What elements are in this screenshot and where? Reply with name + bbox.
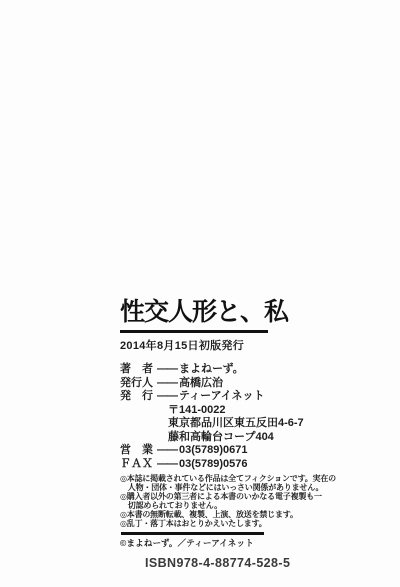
fax-label: ＦＡＸ [120, 458, 157, 472]
title-divider [120, 330, 268, 333]
sales-dash: —— [157, 444, 177, 458]
contact-info: 営 業 —— 03(5789)0671 ＦＡＸ —— 03(5789)0576 [120, 444, 370, 471]
colophon-block: 性交人形と、私 2014年8月15日初版発行 著 者 —— まよねーず。 発行人… [120, 297, 370, 570]
issuer-label: 発行人 [120, 377, 157, 391]
address-line: 東京都品川区東五反田4-6-7 [168, 417, 370, 431]
issuer-row: 発行人 —— 高橋広治 [120, 377, 370, 391]
issuer-name: 高橋広治 [179, 377, 223, 391]
isbn: ISBN978-4-88774-528-5 [145, 556, 370, 570]
notice-digital-copy-line1: ◎購入者以外の第三者による本書のいかなる電子複製も一 [120, 492, 295, 501]
address-building: 藤和高輪台コープ404 [168, 431, 370, 445]
copyright-line: ©まよねーず。／ティーアイネット [120, 537, 370, 549]
issuer-dash: —— [157, 377, 177, 391]
notice-fiction-line1: ◎本誌に掲載されている作品は全てフィクションです。実在の [120, 474, 295, 483]
publisher-dash: —— [157, 390, 177, 404]
postal-code: 〒141-0022 [168, 404, 370, 418]
sales-phone-row: 営 業 —— 03(5789)0671 [120, 444, 370, 458]
publisher-address: 〒141-0022 東京都品川区東五反田4-6-7 藤和高輪台コープ404 [168, 404, 370, 445]
legal-notices: ◎本誌に掲載されている作品は全てフィクションです。実在の 人物・団体・事件などに… [120, 474, 295, 528]
publisher-row: 発 行 —— ティーアイネット [120, 390, 370, 404]
notice-digital-copy-line2: 切認められておりません。 [120, 501, 295, 510]
bottom-divider [121, 532, 264, 535]
notice-defective-copies: ◎乱丁・落丁本はおとりかえいたします。 [120, 519, 295, 528]
publisher-label: 発 行 [120, 390, 157, 404]
author-name: まよねーず。 [179, 363, 244, 377]
author-label: 著 者 [120, 363, 157, 377]
sales-label: 営 業 [120, 444, 157, 458]
publication-info: 著 者 —— まよねーず。 発行人 —— 高橋広治 発 行 —— ティーアイネッ… [120, 363, 370, 404]
notice-fiction-line2: 人物・団体・事件などにはいっさい関係がありません。 [120, 483, 295, 492]
fax-dash: —— [157, 458, 177, 472]
edition-date: 2014年8月15日初版発行 [120, 337, 370, 353]
fax-row: ＦＡＸ —— 03(5789)0576 [120, 458, 370, 472]
author-dash: —— [157, 363, 177, 377]
sales-phone-number: 03(5789)0671 [179, 444, 248, 458]
author-row: 著 者 —— まよねーず。 [120, 363, 370, 377]
notice-reproduction: ◎本書の無断転載、複製、上演、放送を禁じます。 [120, 510, 295, 519]
fax-number: 03(5789)0576 [179, 458, 248, 472]
publisher-name: ティーアイネット [179, 390, 264, 404]
book-title: 性交人形と、私 [120, 297, 370, 327]
